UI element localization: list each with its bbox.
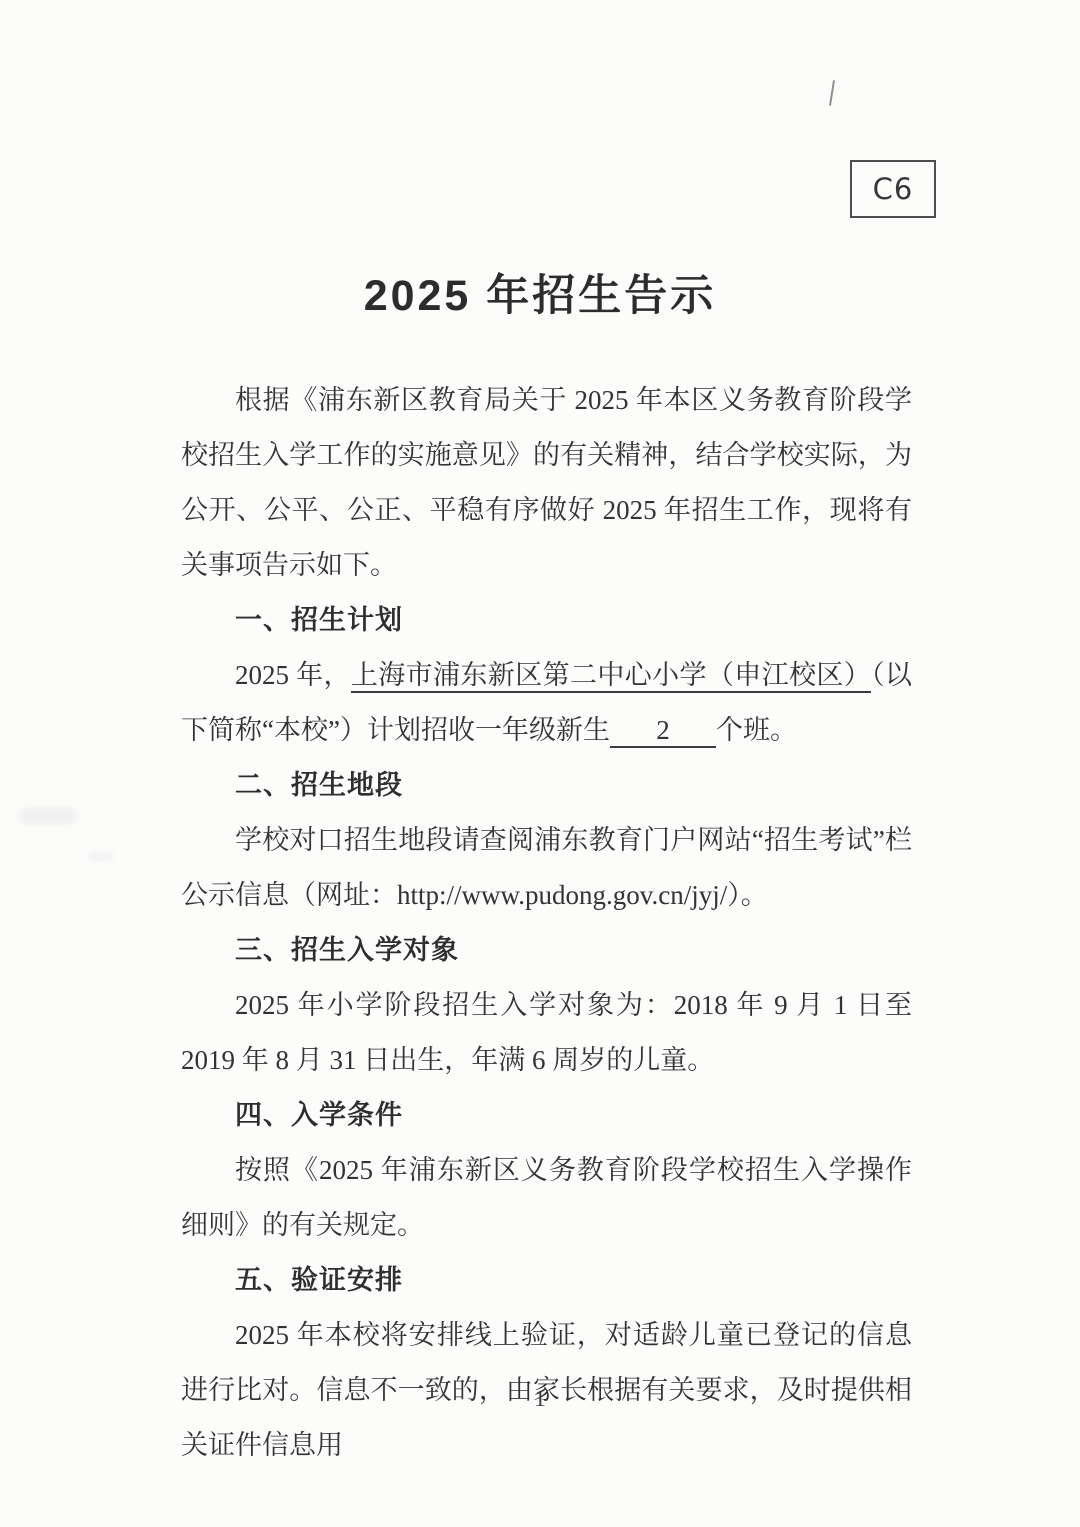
scanned-document-page: C6 2025 年招生告示 根据《浦东新区教育局关于 2025 年本区义务教育阶… [0, 0, 1080, 1527]
section-heading-3: 三、招生入学对象 [181, 923, 912, 978]
section-heading-5: 五、验证安排 [181, 1253, 912, 1308]
section-heading-4: 四、入学条件 [181, 1088, 912, 1143]
pen-slash-mark [829, 80, 835, 106]
section-body-4: 按照《2025 年浦东新区义务教育阶段学校招生入学操作细则》的有关规定。 [181, 1143, 912, 1253]
section-body-2: 学校对口招生地段请查阅浦东教育门户网站“招生考试”栏公示信息（网址：http:/… [181, 813, 912, 923]
section-1-suffix: 个班。 [716, 715, 797, 745]
school-name-underlined: 上海市浦东新区第二中心小学（申江校区） [351, 660, 871, 693]
classification-label: C6 [873, 172, 914, 206]
section-1-prefix: 2025 年， [235, 660, 351, 690]
scan-artifact [18, 808, 78, 824]
classification-box: C6 [850, 160, 936, 218]
intro-paragraph: 根据《浦东新区教育局关于 2025 年本区义务教育阶段学校招生入学工作的实施意见… [181, 373, 912, 593]
section-body-3: 2025 年小学阶段招生入学对象为：2018 年 9 月 1 日至 2019 年… [181, 978, 912, 1088]
scan-artifact [88, 852, 114, 862]
page-number: 1 [0, 1386, 1080, 1412]
section-body-1: 2025 年，上海市浦东新区第二中心小学（申江校区）（以下简称“本校”）计划招收… [181, 648, 912, 758]
document-title: 2025 年招生告示 [0, 262, 1080, 323]
class-count-blank: 2 [610, 715, 716, 748]
section-heading-1: 一、招生计划 [181, 593, 912, 648]
section-heading-2: 二、招生地段 [181, 758, 912, 813]
document-body: 根据《浦东新区教育局关于 2025 年本区义务教育阶段学校招生入学工作的实施意见… [181, 373, 912, 1473]
